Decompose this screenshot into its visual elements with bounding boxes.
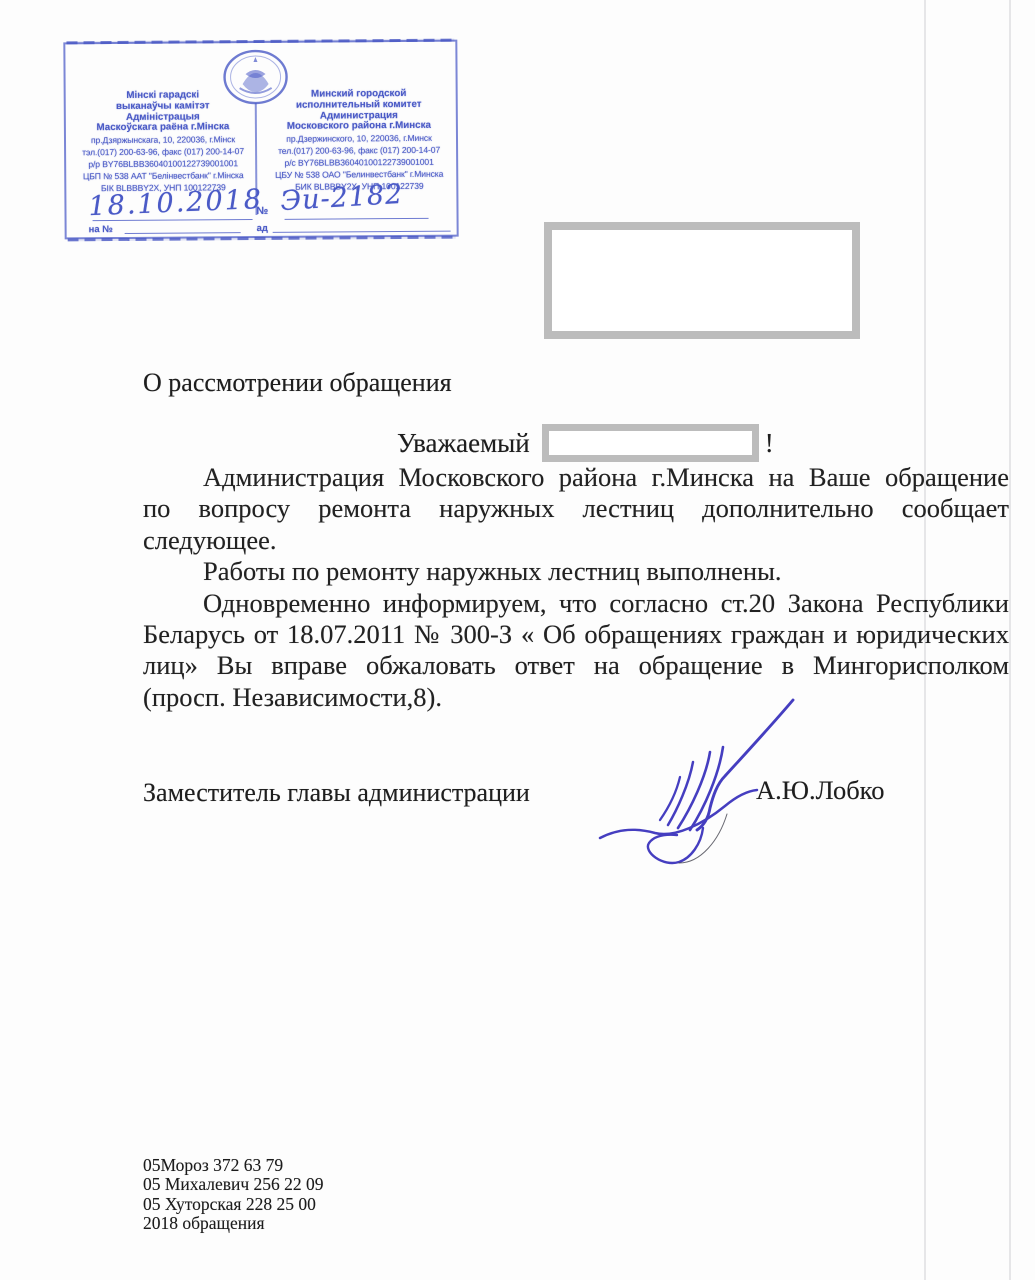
stamp-column-right: Минский городскойисполнительный комитетА… xyxy=(264,89,455,194)
footer-line: 2018 обращения xyxy=(143,1214,324,1233)
salutation: Уважаемый ! xyxy=(397,424,774,462)
number-label: № xyxy=(256,205,268,217)
stamp-column-left: Мінскі гарадсківыканаўчы камітэтАдмініст… xyxy=(72,90,255,194)
footer-line: 05 Михалевич 256 22 09 xyxy=(143,1175,324,1194)
stamp-line: ЦБП № 538 ААТ "Белінвестбанк" г.Мінска xyxy=(72,169,254,182)
body-line: (просп. Независимости,8). xyxy=(143,682,1009,713)
signer-name: А.Ю.Лобко xyxy=(756,775,884,806)
body-line: лиц» Вы вправе обжаловать ответ на обращ… xyxy=(143,650,1009,681)
handwritten-date: 18.10.2018 xyxy=(88,184,264,222)
body-line: Работы по ремонту наружных лестниц выпол… xyxy=(143,556,1009,587)
letter-body: Администрация Московского района г.Минск… xyxy=(143,462,1009,713)
letterhead-stamp: Мінскі гарадсківыканаўчы камітэтАдмініст… xyxy=(63,40,458,240)
body-line: Одновременно информируем, что согласно с… xyxy=(143,588,1009,619)
date-underline xyxy=(93,219,253,221)
redaction-box-name xyxy=(542,424,759,462)
incoming-number-underline xyxy=(125,232,241,234)
stamp-line: ЦБУ № 538 ОАО "Белинвестбанк" г.Минска xyxy=(264,168,454,181)
footer-line: 05Мороз 372 63 79 xyxy=(143,1156,324,1175)
scan-artifact-line xyxy=(1009,0,1011,1280)
incoming-date-label: ад xyxy=(257,223,268,234)
body-line: по вопросу ремонта наружных лестниц допо… xyxy=(143,493,1009,524)
body-line: Администрация Московского района г.Минск… xyxy=(143,462,1009,493)
redaction-box-address xyxy=(544,222,860,339)
salutation-prefix: Уважаемый xyxy=(397,428,530,459)
salutation-suffix: ! xyxy=(765,428,774,459)
handwritten-number: Эи-2182 xyxy=(280,179,405,217)
scanned-letter-page: Мінскі гарадсківыканаўчы камітэтАдмініст… xyxy=(0,0,1035,1280)
incoming-date-underline xyxy=(273,231,451,233)
signer-position: Заместитель главы администрации xyxy=(143,778,530,808)
footer-line: 05 Хуторская 228 25 00 xyxy=(143,1195,324,1214)
body-line: следующее. xyxy=(143,525,1009,556)
incoming-number-label: на № xyxy=(89,224,113,235)
number-underline xyxy=(285,218,429,220)
footer-contacts: 05Мороз 372 63 7905 Михалевич 256 22 090… xyxy=(143,1156,324,1234)
subject-line: О рассмотрении обращения xyxy=(143,368,452,398)
body-line: Беларусь от 18.07.2011 № 300-З « Об обра… xyxy=(143,619,1009,650)
